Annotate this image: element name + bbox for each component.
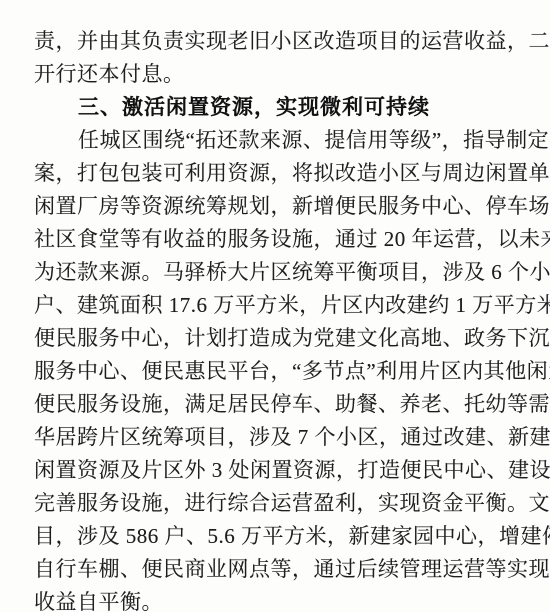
- text-line: 为还款来源。马驿桥大片区统筹平衡项目，涉及 6 个小区、2353: [34, 256, 517, 289]
- text-line: 社区食堂等有收益的服务设施，通过 20 年运营，以未来现金流作: [34, 223, 517, 256]
- text-line: 便民服务中心，计划打造成为党建文化高地、政务下沉实体、保障: [34, 322, 517, 355]
- text-line: 户、建筑面积 17.6 万平方米，片区内改建约 1 万平方米阜桥街道: [34, 289, 517, 322]
- text-line: 闲置资源及片区外 3 处闲置资源，打造便民中心、建设租赁住房、: [34, 454, 517, 487]
- document-page: 责，并由其负责实现老旧小区改造项目的运营收益，二者共同对国 开行还本付息。 三、…: [0, 0, 550, 612]
- text-line: 责，并由其负责实现老旧小区改造项目的运营收益，二者共同对国: [34, 25, 517, 58]
- text-line: 华居跨片区统筹项目，涉及 7 个小区，通过改建、新建片区内 1 处: [34, 421, 517, 454]
- text-line: 服务中心、便民惠民平台，“多节点”利用片区内其他闲置空间改造: [34, 355, 517, 388]
- text-line: 目，涉及 586 户、5.6 万平方米，新建家园中心，增建停车场，改建: [34, 520, 517, 553]
- text-line: 自行车棚、便民商业网点等，通过后续管理运营等实现小区改造后: [34, 553, 517, 586]
- text-line: 完善服务设施，进行综合运营盈利，实现资金平衡。文化小区项: [34, 487, 517, 520]
- text-line: 闲置厂房等资源统筹规划，新增便民服务中心、停车场、人才公寓、: [34, 190, 517, 223]
- text-line: 开行还本付息。: [34, 58, 517, 91]
- section-heading: 三、激活闲置资源，实现微利可持续: [34, 91, 517, 124]
- text-line: 收益自平衡。: [34, 586, 517, 612]
- text-line: 案，打包包装可利用资源，将拟改造小区与周边闲置单位宿舍楼、: [34, 157, 517, 190]
- text-line: 任城区围绕“拓还款来源、提信用等级”，指导制定了贷款专: [34, 124, 517, 157]
- document-content: 责，并由其负责实现老旧小区改造项目的运营收益，二者共同对国 开行还本付息。 三、…: [0, 0, 550, 612]
- text-line: 便民服务设施，满足居民停车、助餐、养老、托幼等需求。康桥金茂: [34, 388, 517, 421]
